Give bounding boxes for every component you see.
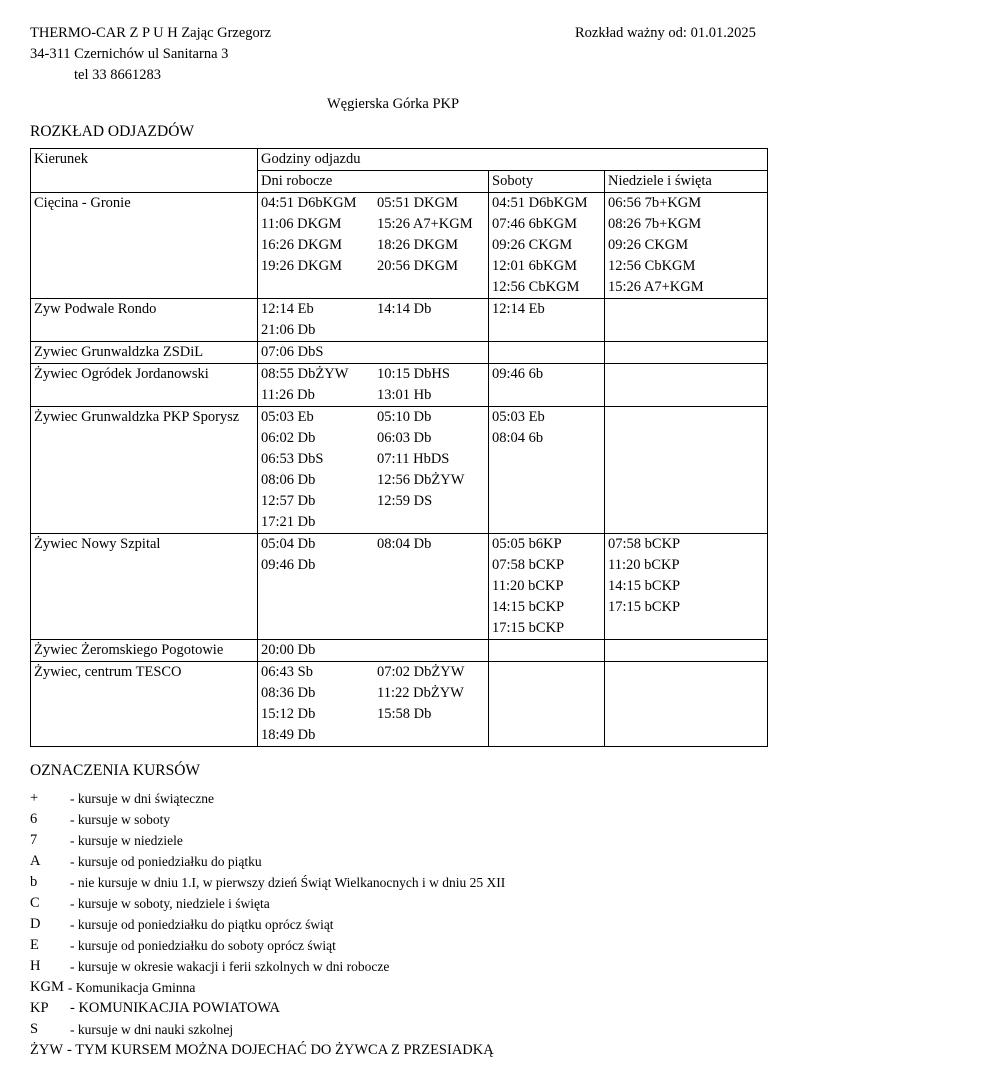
company-address: 34-311 Czernichów ul Sanitarna 3 [30, 44, 228, 65]
legend-symbol: KGM [30, 977, 64, 998]
departure-time: 07:58 bCKP [492, 555, 604, 576]
departure-time: 15:58 Db [377, 704, 489, 725]
departure-time: 06:53 DbS [261, 449, 377, 470]
departure-time: 06:43 Sb [261, 662, 377, 683]
workdays-cell: 07:06 DbS [258, 342, 489, 364]
departure-time: 12:56 DbŻYW [377, 470, 489, 491]
departure-time: 04:51 D6bKGM [492, 193, 604, 214]
legend-item: C- kursuje w soboty, niedziele i święta [30, 893, 505, 914]
departure-time: 11:20 bCKP [492, 576, 604, 597]
legend-item: E- kursuje od poniedziałku do soboty opr… [30, 935, 505, 956]
legend-description: - TYM KURSEM MOŻNA DOJECHAĆ DO ŻYWCA Z P… [67, 1040, 494, 1061]
company-name: THERMO-CAR Z P U H Zając Grzegorz [30, 23, 271, 44]
legend-item: KP- KOMUNIKACJIA POWIATOWA [30, 998, 505, 1019]
legend-symbol: b [30, 872, 70, 893]
departure-time: 06:02 Db [261, 428, 377, 449]
departure-time: 12:01 6bKGM [492, 256, 604, 277]
legend-symbol: KP [30, 998, 70, 1019]
departure-time: 17:15 bCKP [608, 597, 767, 618]
departure-time: 12:57 Db [261, 491, 377, 512]
departure-time: 05:04 Db [261, 534, 377, 555]
departure-time: 07:06 DbS [261, 342, 377, 363]
departure-time: 11:06 DKGM [261, 214, 377, 235]
legend-description: - Komunikacja Gminna [68, 977, 195, 998]
saturdays-cell [489, 662, 605, 747]
departure-time: 17:15 bCKP [492, 618, 604, 639]
departure-time: 07:02 DbŻYW [377, 662, 489, 683]
legend-symbol: D [30, 914, 70, 935]
workdays-cell: 04:51 D6bKGM05:51 DKGM11:06 DKGM15:26 A7… [258, 193, 489, 299]
direction-cell: Żywiec Ogródek Jordanowski [31, 364, 258, 407]
legend-symbol: C [30, 893, 70, 914]
table-row: Żywiec, centrum TESCO06:43 Sb07:02 DbŻYW… [31, 662, 768, 747]
workdays-cell: 20:00 Db [258, 640, 489, 662]
table-row: Żywiec Ogródek Jordanowski08:55 DbŻYW10:… [31, 364, 768, 407]
legend-title: OZNACZENIA KURSÓW [30, 760, 200, 781]
departure-time: 06:03 Db [377, 428, 489, 449]
departure-time: 20:00 Db [261, 640, 377, 661]
departure-time: 08:55 DbŻYW [261, 364, 377, 385]
legend-description: - kursuje w okresie wakacji i ferii szko… [70, 956, 389, 977]
departure-time: 07:11 HbDS [377, 449, 489, 470]
direction-cell: Żywiec Żeromskiego Pogotowie [31, 640, 258, 662]
legend-symbol: S [30, 1019, 70, 1040]
departure-time: 10:15 DbHS [377, 364, 489, 385]
sundays-cell [605, 342, 768, 364]
departure-time: 19:26 DKGM [261, 256, 377, 277]
legend-symbol: E [30, 935, 70, 956]
legend-symbol: 7 [30, 830, 70, 851]
direction-cell: Cięcina - Gronie [31, 193, 258, 299]
departure-time: 09:26 CKGM [492, 235, 604, 256]
departure-time: 14:15 bCKP [608, 576, 767, 597]
saturdays-cell: 05:03 Eb08:04 6b [489, 407, 605, 534]
table-row: Zyw Podwale Rondo12:14 Eb14:14 Db21:06 D… [31, 299, 768, 342]
legend-item: +- kursuje w dni świąteczne [30, 788, 505, 809]
departure-time: 15:26 A7+KGM [377, 214, 489, 235]
legend-item: KGM- Komunikacja Gminna [30, 977, 505, 998]
direction-cell: Żywiec Grunwaldzka PKP Sporysz [31, 407, 258, 534]
departure-time: 05:03 Eb [261, 407, 377, 428]
legend-item: 7- kursuje w niedziele [30, 830, 505, 851]
timetable: Kierunek Godziny odjazdu Dni robocze Sob… [30, 148, 768, 747]
departure-time: 07:46 6bKGM [492, 214, 604, 235]
legend-item: A- kursuje od poniedziałku do piątku [30, 851, 505, 872]
workdays-cell: 05:04 Db08:04 Db09:46 Db [258, 534, 489, 640]
legend-description: - kursuje w soboty [70, 809, 170, 830]
departure-time: 08:26 7b+KGM [608, 214, 767, 235]
table-row: Żywiec Grunwaldzka PKP Sporysz05:03 Eb05… [31, 407, 768, 534]
departure-time: 11:22 DbŻYW [377, 683, 489, 704]
departure-time: 09:46 Db [261, 555, 377, 576]
workdays-cell: 05:03 Eb05:10 Db06:02 Db06:03 Db06:53 Db… [258, 407, 489, 534]
workdays-cell: 12:14 Eb14:14 Db21:06 Db [258, 299, 489, 342]
legend-item: 6- kursuje w soboty [30, 809, 505, 830]
header-saturdays: Soboty [489, 171, 605, 193]
legend-item: H- kursuje w okresie wakacji i ferii szk… [30, 956, 505, 977]
direction-cell: Żywiec Nowy Szpital [31, 534, 258, 640]
direction-cell: Zywiec Grunwaldzka ZSDiL [31, 342, 258, 364]
departure-time: 14:14 Db [377, 299, 489, 320]
legend-description: - nie kursuje w dniu 1.I, w pierwszy dzi… [70, 872, 505, 893]
workdays-times: 05:03 Eb05:10 Db06:02 Db06:03 Db06:53 Db… [261, 407, 488, 533]
departure-time: 13:01 Hb [377, 385, 489, 406]
departure-time: 12:56 CbKGM [492, 277, 604, 298]
departure-time: 12:56 CbKGM [608, 256, 767, 277]
direction-cell: Zyw Podwale Rondo [31, 299, 258, 342]
saturdays-cell: 12:14 Eb [489, 299, 605, 342]
legend-description: - KOMUNIKACJIA POWIATOWA [70, 998, 280, 1019]
sundays-cell [605, 640, 768, 662]
departure-time: 05:03 Eb [492, 407, 604, 428]
sundays-cell: 07:58 bCKP11:20 bCKP14:15 bCKP17:15 bCKP [605, 534, 768, 640]
table-row: Zywiec Grunwaldzka ZSDiL07:06 DbS [31, 342, 768, 364]
legend-symbol: 6 [30, 809, 70, 830]
departure-time: 15:26 A7+KGM [608, 277, 767, 298]
sundays-cell: 06:56 7b+KGM08:26 7b+KGM09:26 CKGM12:56 … [605, 193, 768, 299]
legend-description: - kursuje w dni świąteczne [70, 788, 214, 809]
departure-time: 14:15 bCKP [492, 597, 604, 618]
departure-time: 21:06 Db [261, 320, 377, 341]
valid-from-date: Rozkład ważny od: 01.01.2025 [575, 23, 756, 44]
departure-time: 17:21 Db [261, 512, 377, 533]
legend-description: - kursuje w niedziele [70, 830, 183, 851]
departure-time: 05:10 Db [377, 407, 489, 428]
header-direction: Kierunek [31, 149, 258, 193]
workdays-times: 07:06 DbS [261, 342, 488, 363]
header-workdays: Dni robocze [258, 171, 489, 193]
table-row: Cięcina - Gronie04:51 D6bKGM05:51 DKGM11… [31, 193, 768, 299]
departure-time: 05:05 b6KP [492, 534, 604, 555]
sundays-cell [605, 662, 768, 747]
departure-time: 12:14 Eb [261, 299, 377, 320]
direction-cell: Żywiec, centrum TESCO [31, 662, 258, 747]
header-sundays: Niedziele i święta [605, 171, 768, 193]
workdays-times: 05:04 Db08:04 Db09:46 Db [261, 534, 488, 576]
departure-time: 08:04 6b [492, 428, 604, 449]
departure-time: 08:04 Db [377, 534, 489, 555]
departure-time: 11:20 bCKP [608, 555, 767, 576]
timetable-title: ROZKŁAD ODJAZDÓW [30, 121, 194, 142]
legend-description: - kursuje w dni nauki szkolnej [70, 1019, 233, 1040]
legend-description: - kursuje w soboty, niedziele i święta [70, 893, 270, 914]
legend-item: D- kursuje od poniedziałku do piątku opr… [30, 914, 505, 935]
saturdays-cell: 04:51 D6bKGM07:46 6bKGM09:26 CKGM12:01 6… [489, 193, 605, 299]
workdays-times: 20:00 Db [261, 640, 488, 661]
departure-time: 18:49 Db [261, 725, 377, 746]
departure-time: 12:59 DS [377, 491, 489, 512]
sundays-cell [605, 364, 768, 407]
workdays-times: 08:55 DbŻYW10:15 DbHS11:26 Db13:01 Hb [261, 364, 488, 406]
departure-time: 08:06 Db [261, 470, 377, 491]
legend-description: - kursuje od poniedziałku do piątku opró… [70, 914, 334, 935]
legend-item: ŻYW- TYM KURSEM MOŻNA DOJECHAĆ DO ŻYWCA … [30, 1040, 505, 1061]
departure-time: 06:56 7b+KGM [608, 193, 767, 214]
departure-time: 15:12 Db [261, 704, 377, 725]
legend-description: - kursuje od poniedziałku do soboty opró… [70, 935, 336, 956]
company-phone: tel 33 8661283 [74, 65, 161, 86]
legend-symbol: + [30, 788, 70, 809]
saturdays-cell [489, 640, 605, 662]
header-departures: Godziny odjazdu [258, 149, 768, 171]
departure-time: 20:56 DKGM [377, 256, 489, 277]
table-row: Żywiec Nowy Szpital05:04 Db08:04 Db09:46… [31, 534, 768, 640]
legend-symbol: ŻYW [30, 1040, 63, 1061]
departure-time: 16:26 DKGM [261, 235, 377, 256]
legend-list: +- kursuje w dni świąteczne6- kursuje w … [30, 788, 505, 1061]
departure-time: 12:14 Eb [492, 299, 604, 320]
legend-item: b- nie kursuje w dniu 1.I, w pierwszy dz… [30, 872, 505, 893]
saturdays-cell: 05:05 b6KP07:58 bCKP11:20 bCKP14:15 bCKP… [489, 534, 605, 640]
departure-time: 09:26 CKGM [608, 235, 767, 256]
workdays-times: 06:43 Sb07:02 DbŻYW08:36 Db11:22 DbŻYW15… [261, 662, 488, 746]
legend-symbol: H [30, 956, 70, 977]
sundays-cell [605, 299, 768, 342]
workdays-cell: 08:55 DbŻYW10:15 DbHS11:26 Db13:01 Hb [258, 364, 489, 407]
legend-description: - kursuje od poniedziałku do piątku [70, 851, 262, 872]
departure-time: 11:26 Db [261, 385, 377, 406]
stop-name: Węgierska Górka PKP [327, 94, 459, 115]
saturdays-cell [489, 342, 605, 364]
departure-time: 05:51 DKGM [377, 193, 489, 214]
departure-time: 08:36 Db [261, 683, 377, 704]
workdays-times: 04:51 D6bKGM05:51 DKGM11:06 DKGM15:26 A7… [261, 193, 488, 277]
departure-time: 04:51 D6bKGM [261, 193, 377, 214]
workdays-times: 12:14 Eb14:14 Db21:06 Db [261, 299, 488, 341]
departure-time: 18:26 DKGM [377, 235, 489, 256]
sundays-cell [605, 407, 768, 534]
workdays-cell: 06:43 Sb07:02 DbŻYW08:36 Db11:22 DbŻYW15… [258, 662, 489, 747]
saturdays-cell: 09:46 6b [489, 364, 605, 407]
departure-time: 09:46 6b [492, 364, 604, 385]
legend-item: S- kursuje w dni nauki szkolnej [30, 1019, 505, 1040]
departure-time: 07:58 bCKP [608, 534, 767, 555]
legend-symbol: A [30, 851, 70, 872]
table-row: Żywiec Żeromskiego Pogotowie20:00 Db [31, 640, 768, 662]
